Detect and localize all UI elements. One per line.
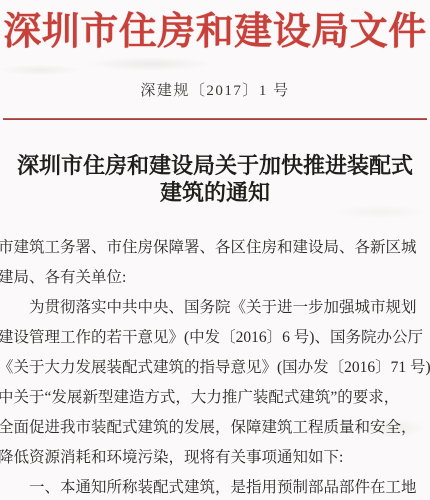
doc-number: 深建规〔2017〕1 号	[0, 82, 430, 100]
notice-title-line-2: 建筑的通知	[0, 179, 430, 206]
red-separator-line	[3, 118, 427, 120]
body-line: 降低资源消耗和环境污染，现将有关事项通知如下:	[0, 443, 430, 473]
body-line: 建设管理工作的若干意见》(中发〔2016〕6 号)、国务院办公厅	[0, 323, 430, 353]
body-line: 市建筑工务署、市住房保障署、各区住房和建设局、各新区城	[0, 233, 430, 263]
notice-body: 市建筑工务署、市住房保障署、各区住房和建设局、各新区城 建局、各有关单位: 为贯…	[0, 233, 430, 500]
body-line: 为贯彻落实中共中央、国务院《关于进一步加强城市规划	[0, 293, 430, 323]
notice-title-line-1: 深圳市住房和建设局关于加快推进装配式	[0, 152, 430, 179]
notice-title: 深圳市住房和建设局关于加快推进装配式 建筑的通知	[0, 152, 430, 206]
body-line: 全面促进我市装配式建筑的发展，保障建筑工程质量和安全，	[0, 413, 430, 443]
body-line: 《关于大力发展装配式建筑的指导意见》(国办发〔2016〕71 号)	[0, 353, 430, 383]
body-line: 一、本通知所称装配式建筑，是指用预制部品部件在工地	[0, 473, 430, 500]
letterhead-title: 深圳市住房和建设局文件	[0, 0, 430, 56]
body-line: 建局、各有关单位:	[0, 263, 430, 293]
document-page: 深圳市住房和建设局文件 深建规〔2017〕1 号 深圳市住房和建设局关于加快推进…	[0, 0, 430, 500]
body-line: 中关于“发展新型建造方式，大力推广装配式建筑”的要求，	[0, 383, 430, 413]
